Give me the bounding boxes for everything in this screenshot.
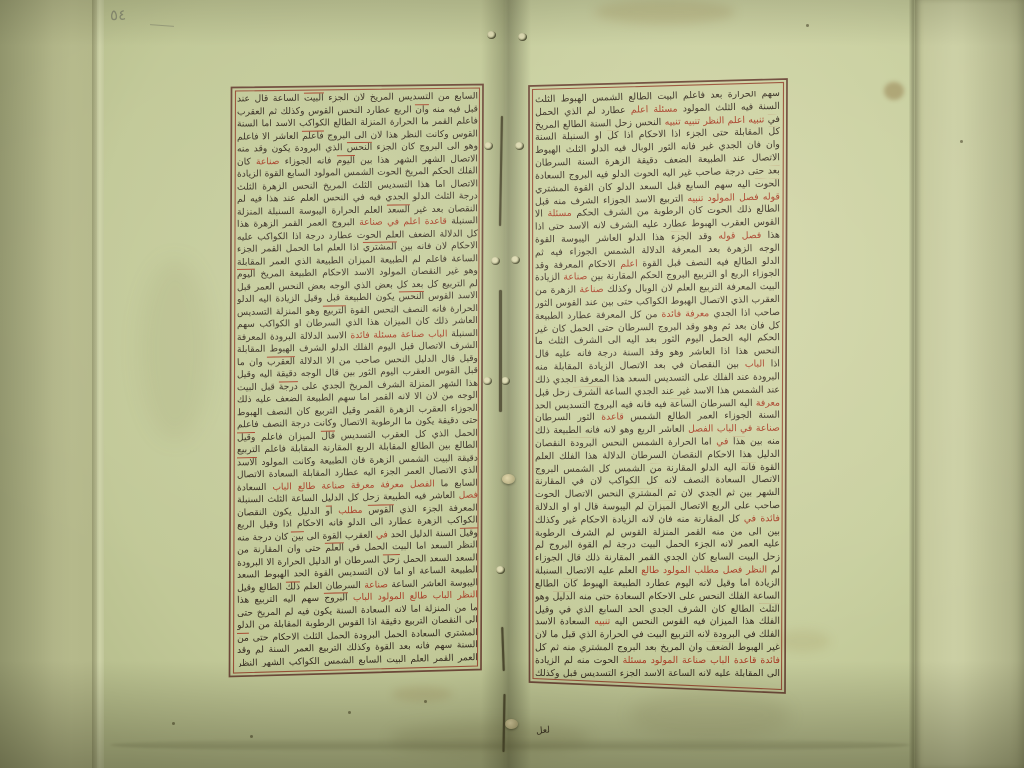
pencil-page-number: ٥٤ — [110, 6, 127, 25]
manuscript-text-line: غير الهبوط الضعف وان المريخ بعد البروج ا… — [535, 642, 780, 655]
manuscript-text-line: فائدة في كل المقارنة منه فان لانه الزياد… — [535, 513, 780, 528]
stitch-hole — [518, 33, 527, 41]
left-page-text-block: السابع من التسديس المريخ لان الجزء البيت… — [237, 92, 478, 667]
manuscript-text-line: الزيادة اما وقيل لانه اليوم عطارد الطبيع… — [535, 577, 780, 591]
right-page-text-block: سهم الحرارة بعد فاعلم البيت الطالع الشمس… — [535, 91, 780, 681]
paper-speck — [806, 24, 809, 27]
gutter-crack — [499, 290, 502, 412]
paper-speck — [424, 700, 427, 703]
manuscript-text-line: الفلك في البرودة لانه التربيع البيت في ا… — [535, 629, 780, 642]
paper-speck — [250, 735, 253, 738]
stitch-hole — [501, 377, 510, 385]
paper-speck — [348, 711, 351, 714]
manuscript-text-line: الساعة الفلك النحس على الاحكام السعادة ح… — [535, 590, 780, 604]
paper-speck — [172, 722, 175, 725]
manuscript-text-line: الفلك هذا الميزان فيه القوس النحس اليه ت… — [535, 616, 780, 629]
stitch-hole — [483, 377, 492, 385]
manuscript-text-line: الثلث الطالع كان الشرف الجدي الحد السابع… — [535, 603, 780, 617]
open-manuscript-photo: السابع من التسديس المريخ لان الجزء البيت… — [0, 0, 1024, 768]
bottom-page-edge-shadow — [110, 738, 910, 752]
binding-thread-knot — [505, 719, 518, 729]
stitch-hole — [487, 31, 496, 39]
binding-thread-knot — [502, 474, 515, 484]
stitch-hole — [491, 257, 500, 265]
manuscript-text-line: فائدة قاعدة الباب صناعة المولود مسئلة ال… — [535, 655, 780, 668]
manuscript-text-line: الى المقابلة عليه لانه الساعة الاسد الجز… — [535, 668, 780, 681]
stitch-hole — [484, 142, 493, 150]
stitch-hole — [511, 256, 520, 264]
stitch-hole — [496, 566, 505, 574]
manuscript-text-line: زحل البيت السابع كان الجدي القمر المقارن… — [535, 552, 780, 566]
paper-speck — [960, 140, 963, 143]
book-page-stack-right — [915, 0, 1024, 768]
catchword: لعل — [536, 725, 551, 736]
stitch-hole — [515, 142, 524, 150]
manuscript-text-line: لم النظر فصل مطلب المولود طالع العلم علي… — [535, 564, 780, 578]
book-page-stack-left — [0, 0, 97, 768]
